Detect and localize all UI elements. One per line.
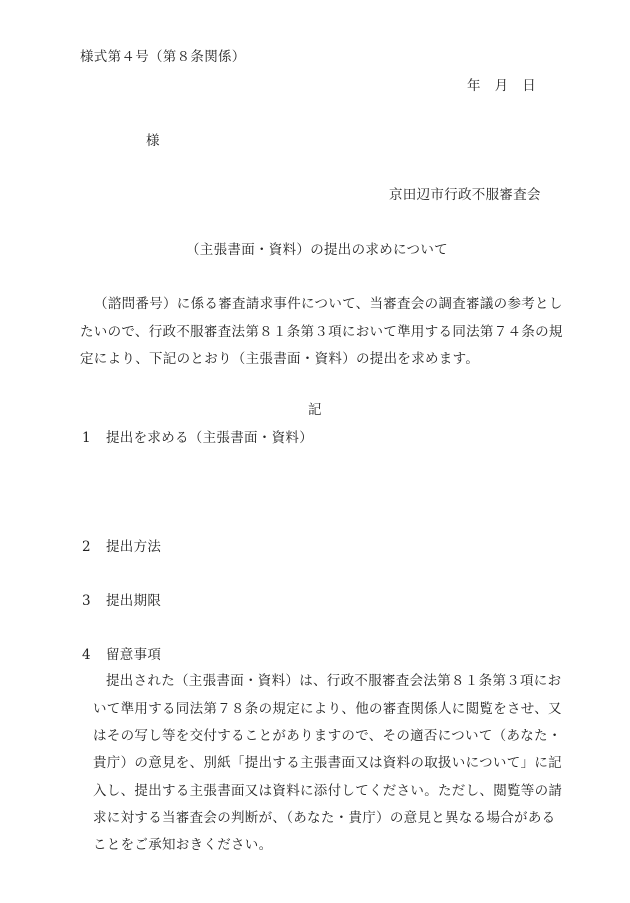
item-number: 1 <box>82 430 91 446</box>
item-label: 留意事項 <box>106 647 161 663</box>
date-field: 年 月 日 <box>467 78 536 94</box>
item-number: 2 <box>82 539 91 555</box>
ki-heading: 記 <box>308 402 322 418</box>
item-number: 4 <box>82 647 91 663</box>
body-line: （諮問番号）に係る審査請求事件について、当審査会の調査審議の参考とし <box>94 296 563 312</box>
notes-line: 求に対する当審査会の判断が、（あなた・貴庁）の意見と異なる場合がある <box>93 810 555 826</box>
document-page: 様式第４号（第８条関係） 年 月 日 様 京田辺市行政不服審査会 （主張書面・資… <box>0 0 630 903</box>
issuer-name: 京田辺市行政不服審査会 <box>389 187 541 203</box>
notes-line: 提出された（主張書面・資料）は、行政不服審査会法第８１条第３項にお <box>106 673 561 689</box>
notes-line: いて準用する同法第７８条の規定により、他の審査関係人に閲覧をさせ、又 <box>93 701 562 717</box>
document-title: （主張書面・資料）の提出の求めについて <box>186 242 448 258</box>
notes-line: 貴庁）の意見を、別紙「提出する主張書面又は資料の取扱いについて」に記 <box>93 755 562 771</box>
item-label: 提出期限 <box>106 593 161 609</box>
body-line: たいので、行政不服審査法第８１条第３項において準用する同法第７４条の規 <box>80 324 563 340</box>
item-label: 提出を求める（主張書面・資料） <box>106 430 313 446</box>
body-line: 定により、下記のとおり（主張書面・資料）の提出を求めます。 <box>80 351 479 367</box>
notes-line: はその写し等を交付することがありますので、その適否について（あなた・ <box>93 728 562 744</box>
item-label: 提出方法 <box>106 539 161 555</box>
notes-line: 入し、提出する主張書面又は資料に添付してください。ただし、閲覧等の請 <box>93 783 562 799</box>
notes-line: ことをご承知おきください。 <box>93 837 272 853</box>
form-number: 様式第４号（第８条関係） <box>80 49 246 65</box>
addressee-suffix: 様 <box>146 133 160 149</box>
item-number: 3 <box>82 593 91 609</box>
